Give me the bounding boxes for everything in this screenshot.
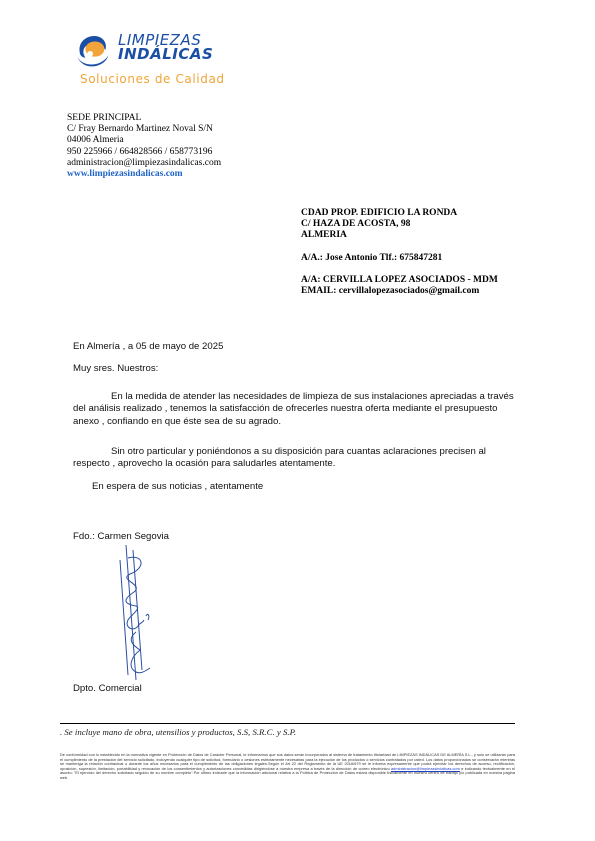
- logo-mark-icon: [74, 31, 112, 69]
- sender-phones: 950 225966 / 664828566 / 658773196: [67, 147, 221, 158]
- footer-note: . Se incluye mano de obra, utensilios y …: [60, 727, 296, 737]
- department: Dpto. Comercial: [73, 683, 142, 694]
- sender-website-link[interactable]: www.limpiezasindalicas.com: [67, 169, 221, 180]
- recipient-name: CDAD PROP. EDIFICIO LA RONDA: [301, 208, 498, 219]
- footer-divider: [60, 723, 515, 724]
- paragraph-1: En la medida de atender las necesidades …: [73, 391, 523, 428]
- sender-title: SEDE PRINCIPAL: [67, 113, 221, 124]
- paragraph-1-text: En la medida de atender las necesidades …: [73, 391, 514, 427]
- sender-address: C/ Fray Bernardo Martinez Noval S/N: [67, 124, 221, 135]
- recipient-attention: A/A.: Jose Antonio Tlf.: 675847281: [301, 253, 498, 264]
- legal-notice: De conformidad con lo establecido en la …: [60, 753, 515, 781]
- recipient-attention-2: A/A: CERVILLA LOPEZ ASOCIADOS - MDM: [301, 275, 498, 286]
- recipient-email: EMAIL: cervillalopezasociados@gmail.com: [301, 286, 498, 297]
- brand-name: LIMPIEZAS INDÁLICAS: [118, 33, 213, 61]
- sender-block: SEDE PRINCIPAL C/ Fray Bernardo Martinez…: [67, 113, 221, 180]
- recipient-block: CDAD PROP. EDIFICIO LA RONDA C/ HAZA DE …: [301, 208, 498, 297]
- company-logo: LIMPIEZAS INDÁLICAS Soluciones de Calida…: [74, 28, 234, 92]
- brand-tagline: Soluciones de Calidad: [80, 72, 225, 86]
- salutation: Muy sres. Nuestros:: [73, 363, 158, 374]
- brand-line2: INDÁLICAS: [118, 47, 213, 61]
- paragraph-2: Sin otro particular y poniéndonos a su d…: [73, 446, 523, 471]
- closing-line: En espera de sus noticias , atentamente: [92, 481, 263, 492]
- date-line: En Almería , a 05 de mayo de 2025: [73, 341, 223, 352]
- signature-icon: [100, 540, 160, 690]
- paragraph-2-text: Sin otro particular y poniéndonos a su d…: [73, 446, 486, 469]
- recipient-city: ALMERIA: [301, 230, 498, 241]
- sender-email[interactable]: administracion@limpiezasindalicas.com: [67, 158, 221, 169]
- sender-city: 04006 Almeria: [67, 135, 221, 146]
- recipient-address: C/ HAZA DE ACOSTA, 98: [301, 219, 498, 230]
